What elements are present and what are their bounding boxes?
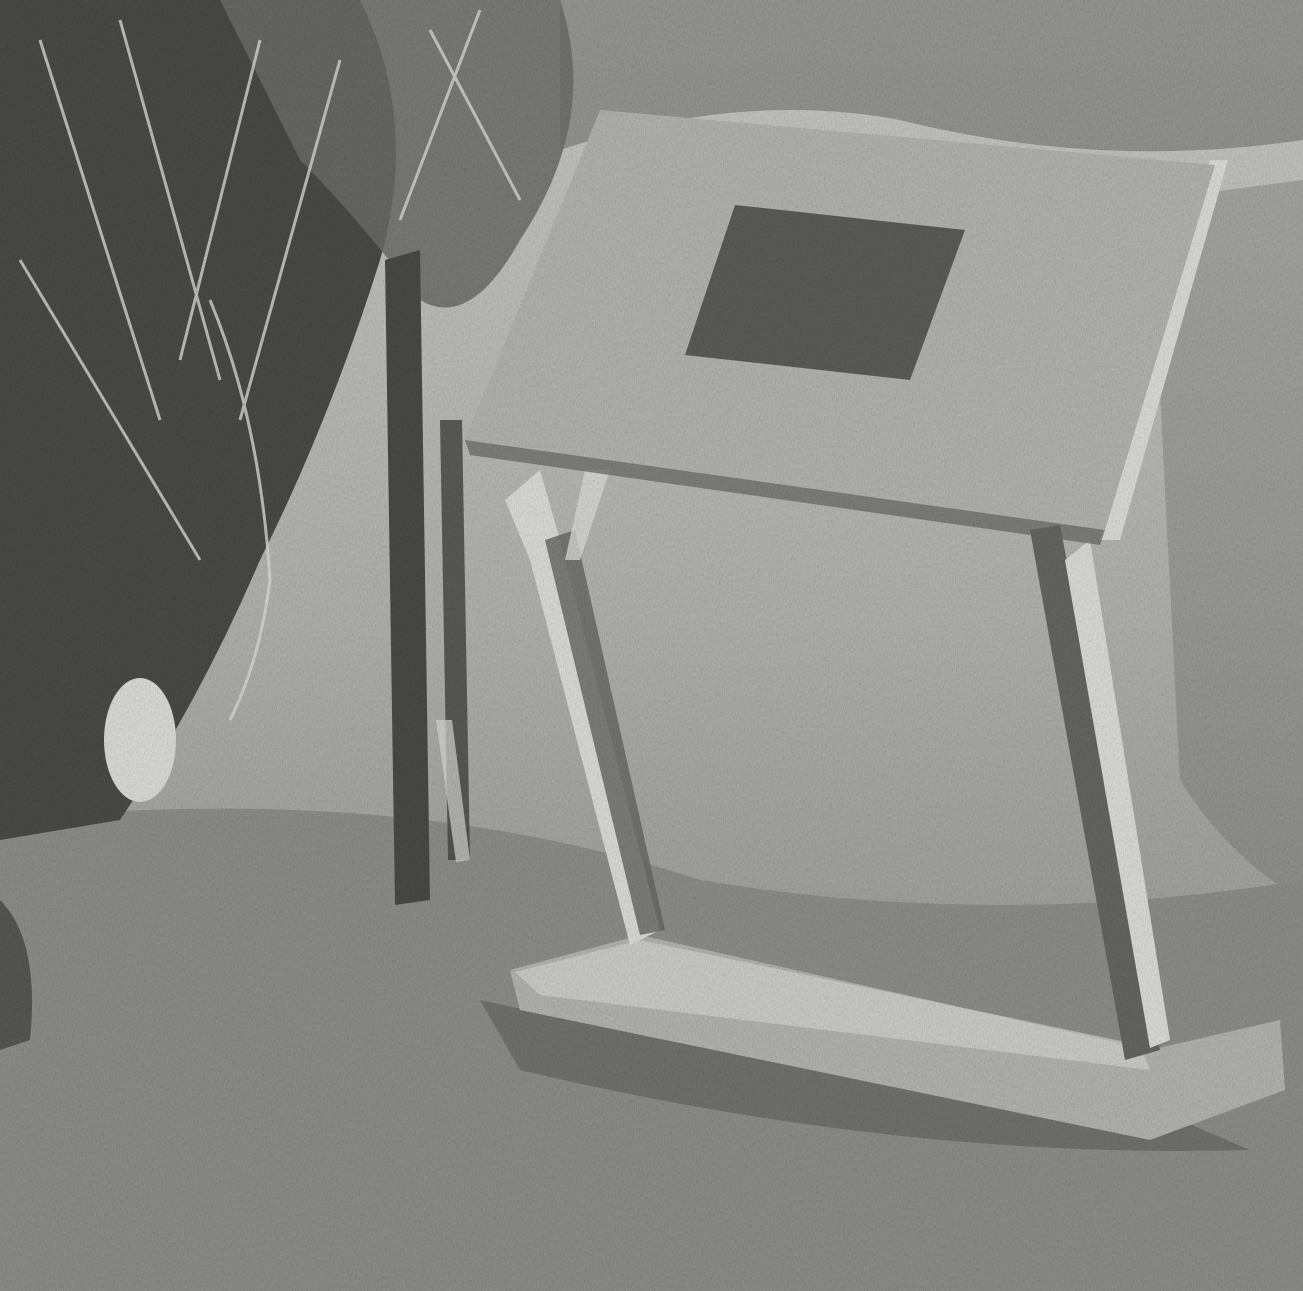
photograph: Grainy black-and-white halftone photogra… (0, 0, 1303, 1291)
scene (0, 0, 1303, 1291)
